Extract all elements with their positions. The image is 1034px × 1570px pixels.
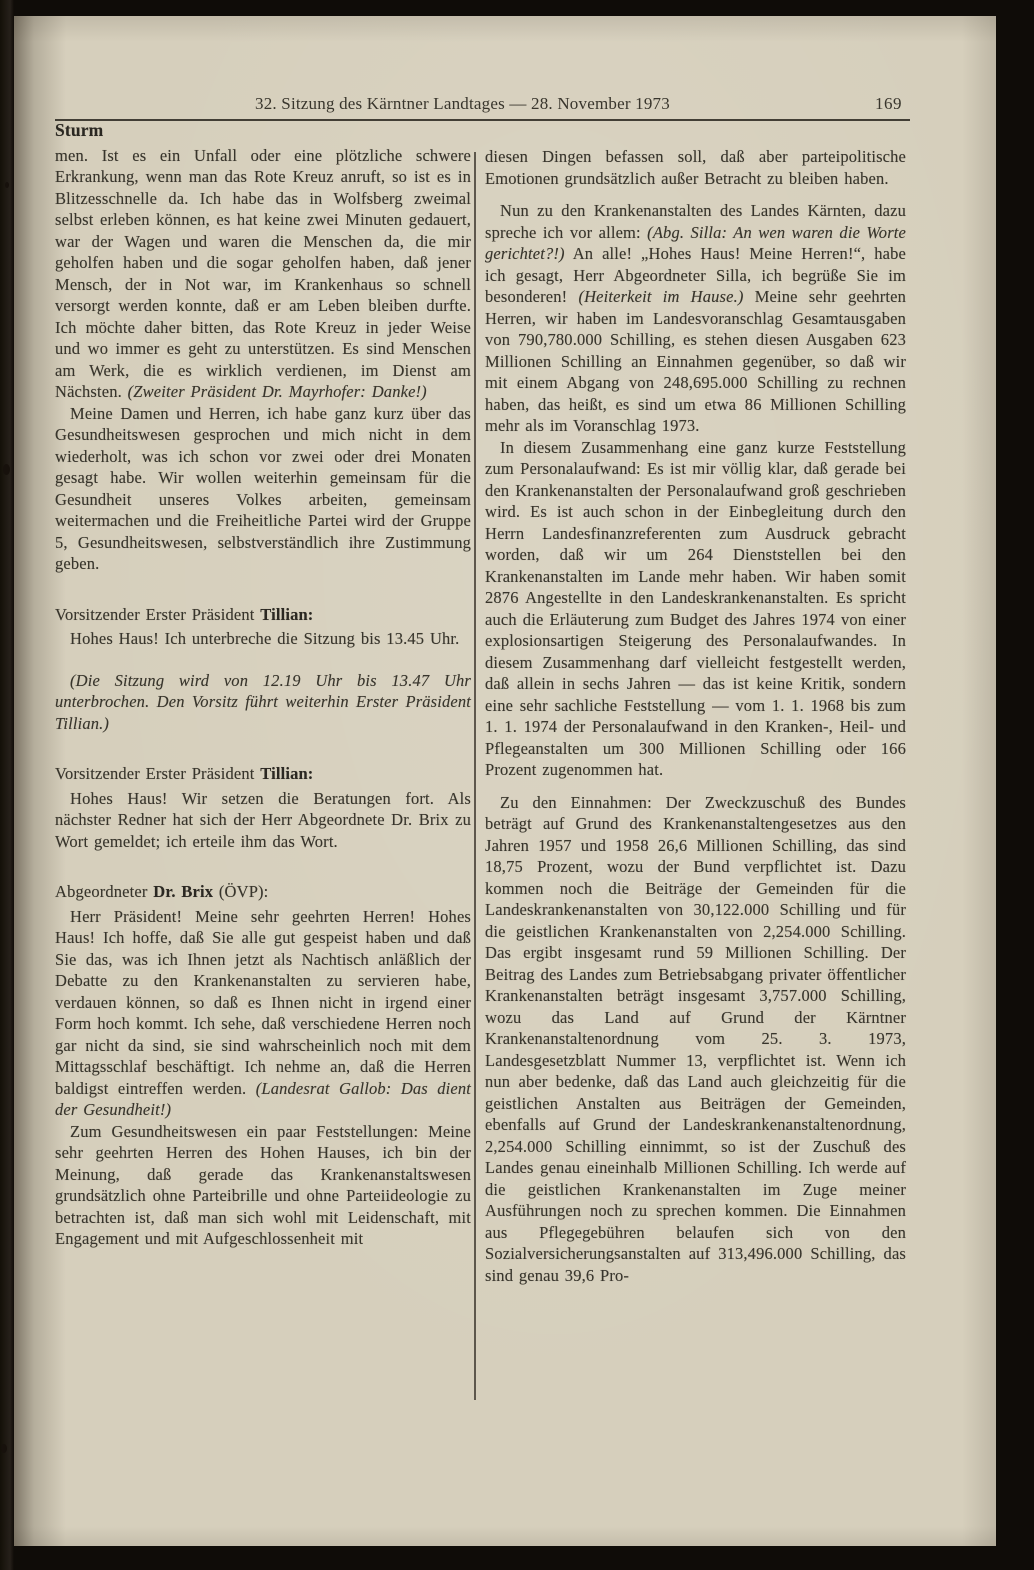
text-run: Vorsitzender Erster Präsident — [55, 764, 260, 783]
scan-speck — [3, 464, 10, 475]
section-label: Sturm — [55, 120, 471, 142]
speaker-heading: Vorsitzender Erster Präsident Tillian: — [55, 763, 471, 785]
text-run: Dr. Brix — [153, 882, 213, 901]
paragraph: Hohes Haus! Ich unterbreche die Sitzung … — [55, 628, 471, 650]
scan-speck — [5, 182, 9, 188]
column-divider — [474, 152, 476, 1400]
paragraph: diesen Dingen befassen soll, daß aber pa… — [485, 146, 906, 189]
text-run: Hohes Haus! Ich unterbreche die Sitzung … — [70, 629, 459, 648]
text-run: Hohes Haus! Wir setzen die Beratungen fo… — [55, 789, 471, 851]
text-run: (Heiterkeit im Hause.) — [578, 287, 743, 306]
speaker-heading: Vorsitzender Erster Präsident Tillian: — [55, 604, 471, 626]
text-run: diesen Dingen befassen soll, daß aber pa… — [485, 147, 906, 188]
text-run: Sturm — [55, 120, 103, 140]
text-run: In diesem Zusammenhang eine ganz kurze F… — [485, 438, 906, 780]
right-column: diesen Dingen befassen soll, daß aber pa… — [485, 146, 906, 1286]
paragraph: Zum Gesundheitswesen ein paar Feststellu… — [55, 1121, 471, 1250]
text-run: (Zweiter Präsident Dr. Mayrhofer: Danke!… — [128, 382, 427, 401]
header-title: 32. Sitzung des Kärntner Landtages — 28.… — [255, 94, 670, 114]
text-run: (Die Sitzung wird von 12.19 Uhr bis 13.4… — [55, 671, 471, 733]
page-header: 32. Sitzung des Kärntner Landtages — 28.… — [55, 94, 936, 118]
text-run: men. Ist es ein Unfall oder eine plötzli… — [55, 146, 471, 402]
text-run: Tillian: — [260, 605, 313, 624]
page-number: 169 — [875, 94, 902, 114]
stage-direction: (Die Sitzung wird von 12.19 Uhr bis 13.4… — [55, 670, 471, 735]
speaker-heading: Abgeordneter Dr. Brix (ÖVP): — [55, 881, 471, 903]
paragraph: men. Ist es ein Unfall oder eine plötzli… — [55, 145, 471, 403]
text-run: Abgeordneter — [55, 882, 153, 901]
text-run: Tillian: — [260, 764, 313, 783]
left-column: Sturmmen. Ist es ein Unfall oder eine pl… — [55, 120, 471, 1250]
paragraph: Herr Präsident! Meine sehr geehrten Herr… — [55, 906, 471, 1121]
text-run: Zu den Einnahmen: Der Zweckzuschuß des B… — [485, 793, 906, 1285]
text-run: Vorsitzender Erster Präsident — [55, 605, 260, 624]
text-run: Meine sehr geehrten Herren, wir haben im… — [485, 287, 906, 435]
text-run: Zum Gesundheitswesen ein paar Feststellu… — [55, 1122, 471, 1249]
text-run: Herr Präsident! Meine sehr geehrten Herr… — [55, 907, 471, 1098]
paragraph: Meine Damen und Herren, ich habe ganz ku… — [55, 403, 471, 575]
paragraph: In diesem Zusammenhang eine ganz kurze F… — [485, 437, 906, 781]
scanned-page-photo: 32. Sitzung des Kärntner Landtages — 28.… — [0, 0, 1034, 1570]
document-page: 32. Sitzung des Kärntner Landtages — 28.… — [14, 16, 996, 1546]
paragraph: Hohes Haus! Wir setzen die Beratungen fo… — [55, 788, 471, 853]
paragraph: Zu den Einnahmen: Der Zweckzuschuß des B… — [485, 792, 906, 1287]
paragraph: Nun zu den Krankenanstalten des Landes K… — [485, 200, 906, 437]
text-run: Meine Damen und Herren, ich habe ganz ku… — [55, 404, 471, 574]
scan-speck — [1, 1444, 7, 1453]
text-run: (ÖVP): — [213, 882, 268, 901]
